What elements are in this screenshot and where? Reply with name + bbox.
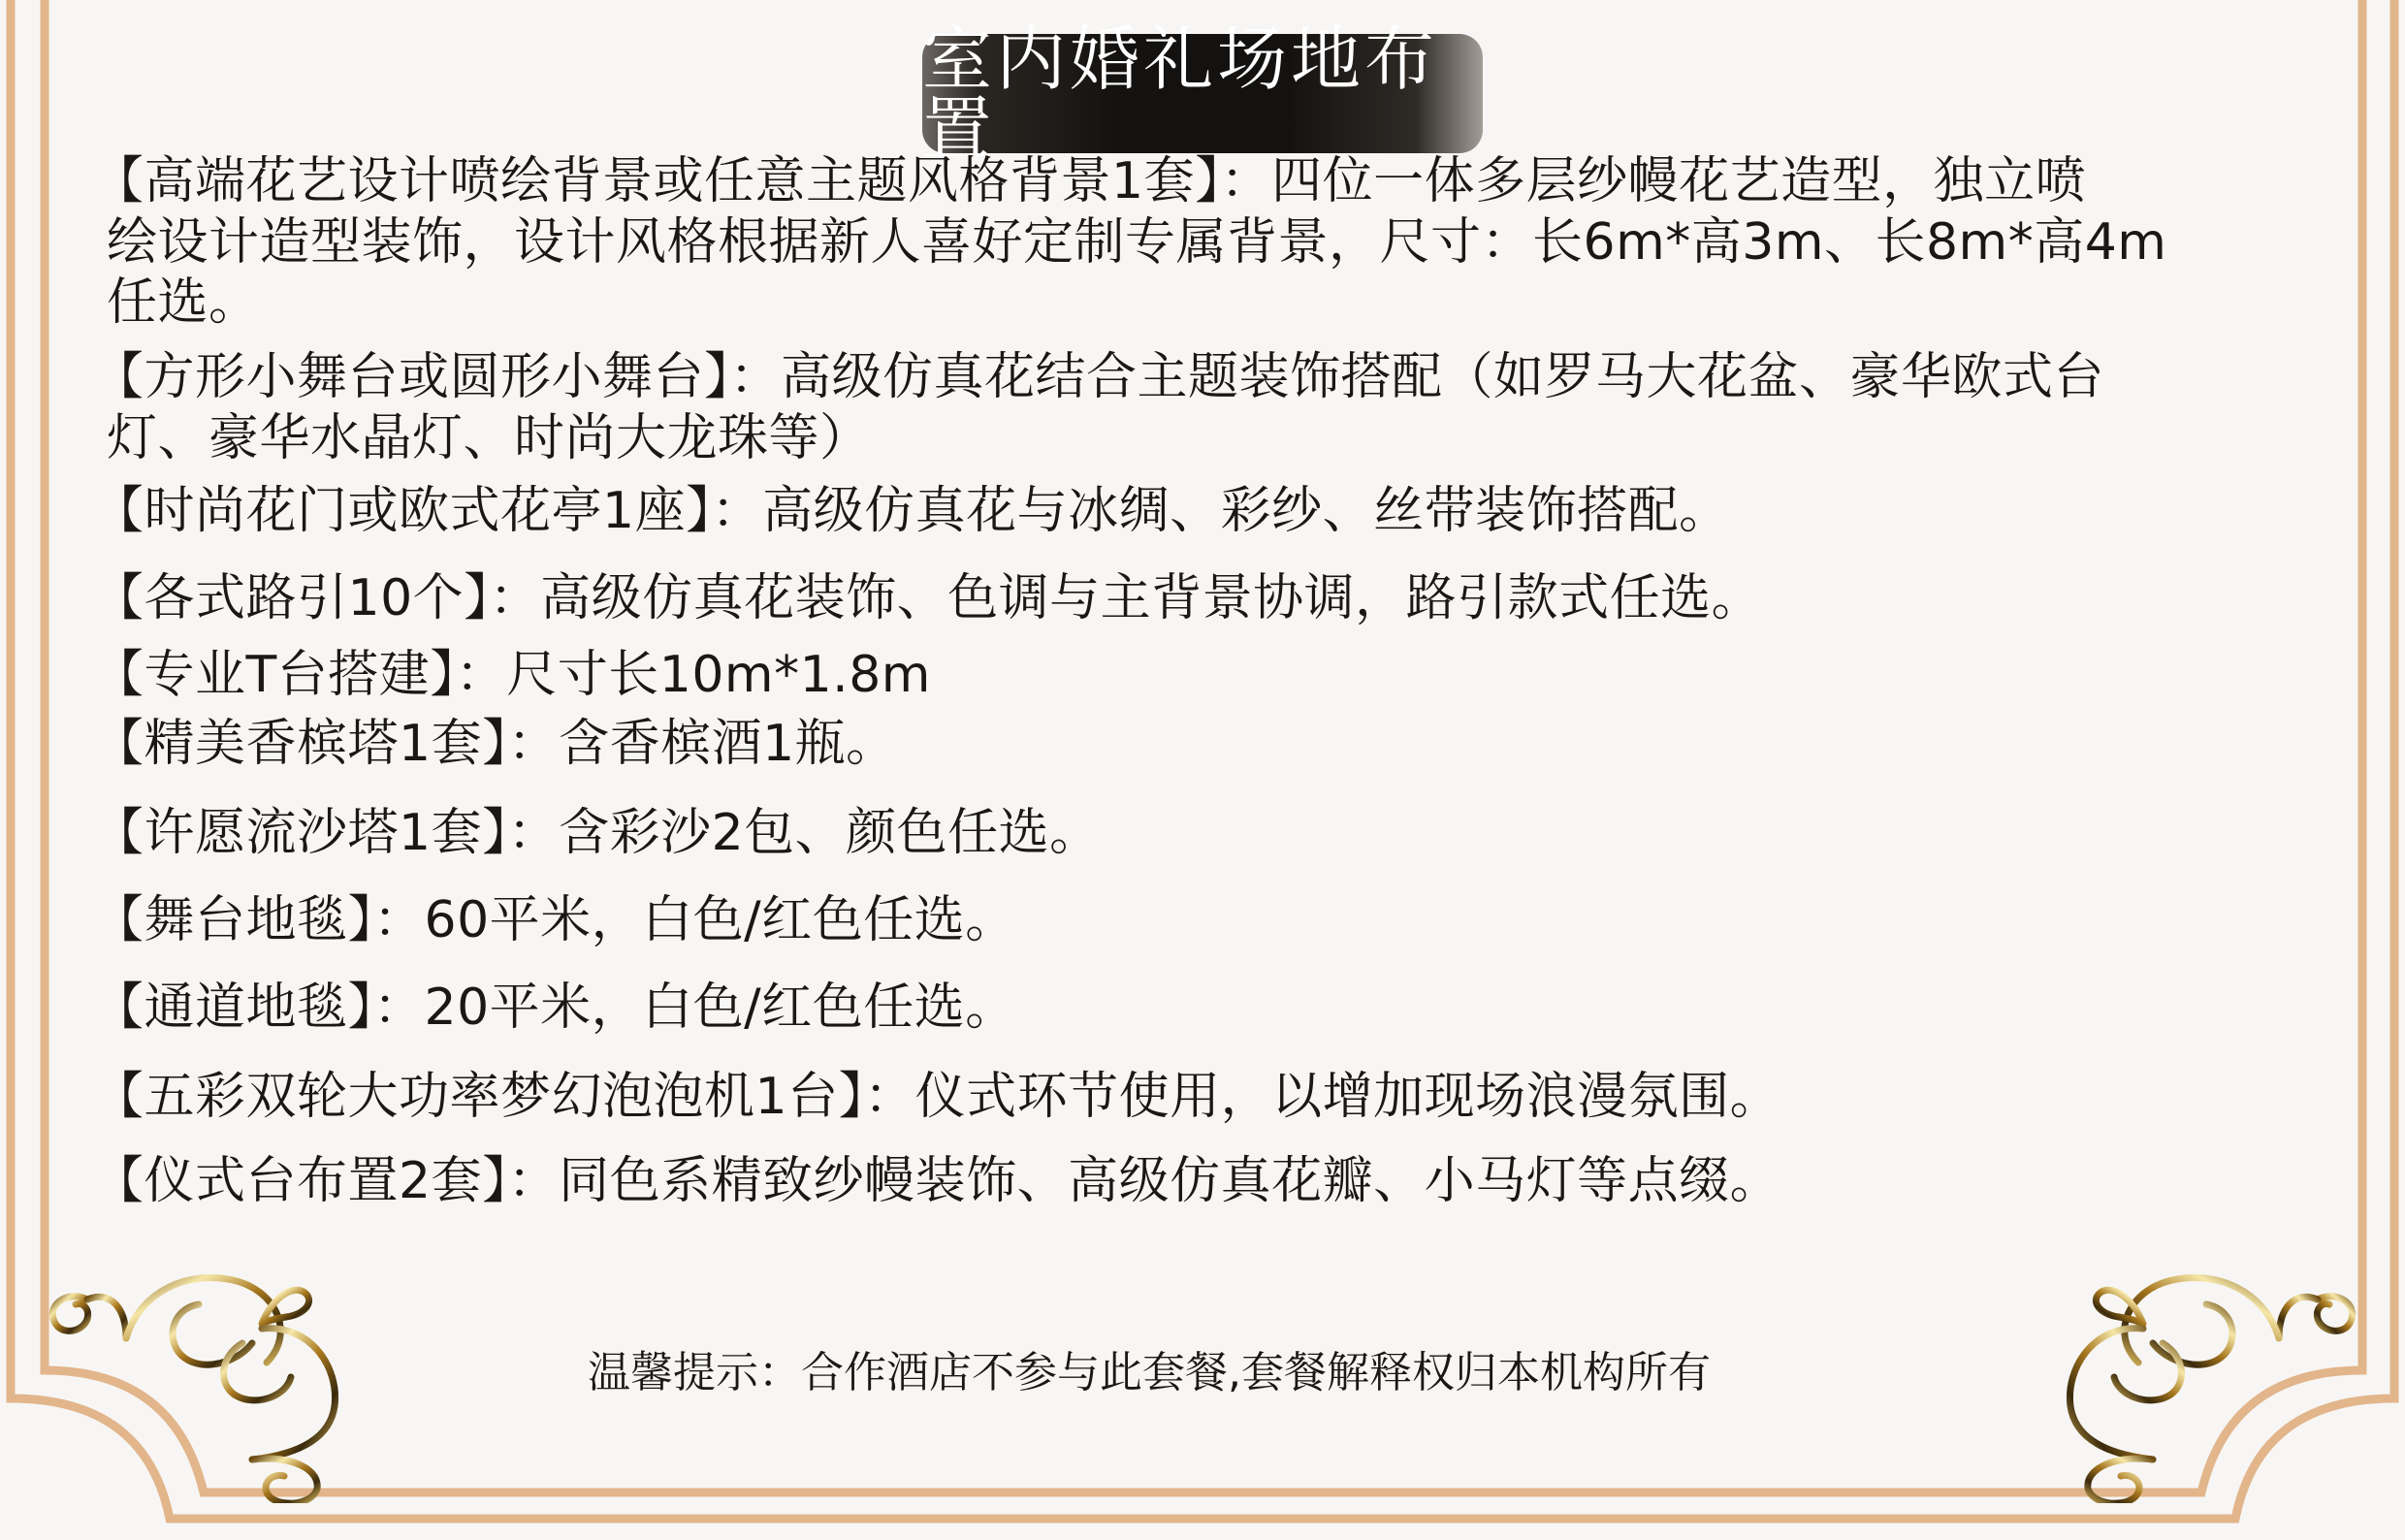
item-small-stage-line-2: 灯、豪华水晶灯、时尚大龙珠等）	[107, 408, 2376, 468]
page-title: 室内婚礼场地布置	[922, 24, 1483, 164]
item-sand-tower: 【许愿流沙塔1套】：含彩沙2包、颜色任选。	[93, 803, 2362, 863]
item-floral-backdrop-line-2: 绘设计造型装饰，设计风格根据新人喜好定制专属背景，尺寸：长6m*高3m、长8m*…	[107, 212, 2376, 273]
item-champagne-tower: 【精美香槟塔1套】：含香槟酒1瓶。	[93, 714, 2362, 774]
item-flower-arch: 【时尚花门或欧式花亭1座】：高级仿真花与冰绸、彩纱、丝带装饰搭配。	[93, 481, 2362, 541]
item-aisle-markers: 【各式路引10个】：高级仿真花装饰、色调与主背景协调，路引款式任选。	[93, 568, 2362, 628]
footer-note: 温馨提示：合作酒店不参与此套餐,套餐解释权归本机构所有	[588, 1346, 1829, 1400]
gold-swirl-flourish-icon	[44, 1261, 354, 1503]
gold-swirl-flourish-icon	[2051, 1261, 2361, 1503]
item-t-stage: 【专业T台搭建】：尺寸长10m*1.8m	[93, 645, 2362, 705]
item-stage-carpet: 【舞台地毯】：60平米，白色/红色任选。	[93, 890, 2362, 950]
item-floral-backdrop-line-3: 任选。	[107, 273, 2376, 333]
title-badge: 室内婚礼场地布置	[922, 34, 1483, 153]
item-bubble-machine: 【五彩双轮大功率梦幻泡泡机1台】：仪式环节使用，以增加现场浪漫氛围。	[93, 1067, 2362, 1127]
item-ceremony-table: 【仪式台布置2套】：同色系精致纱幔装饰、高级仿真花瓣、小马灯等点缀。	[93, 1151, 2362, 1211]
item-aisle-carpet: 【通道地毯】：20平米，白色/红色任选。	[93, 978, 2362, 1038]
item-floral-backdrop-line-1: 【高端花艺设计喷绘背景或任意主题风格背景1套】：四位一体多层纱幔花艺造型，独立喷	[93, 151, 2362, 211]
item-small-stage-line-1: 【方形小舞台或圆形小舞台】：高级仿真花结合主题装饰搭配（如罗马大花盆、豪华欧式台	[93, 347, 2362, 407]
